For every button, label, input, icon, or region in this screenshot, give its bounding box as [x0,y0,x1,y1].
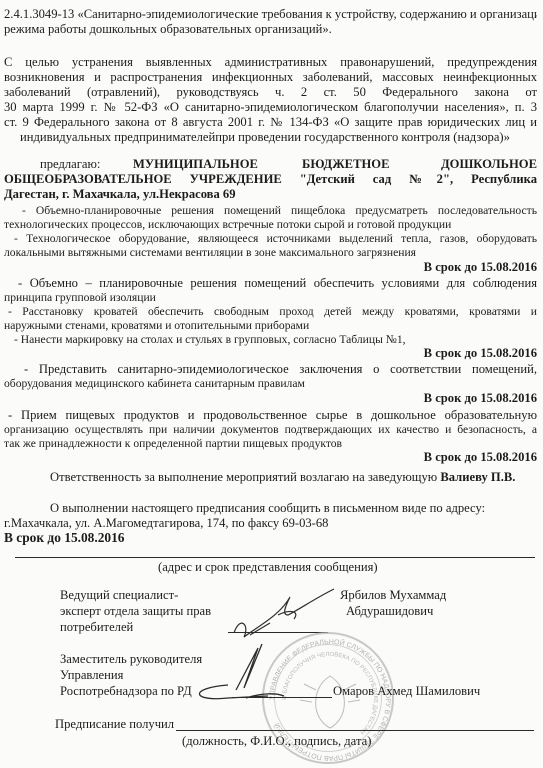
received-line [176,730,534,731]
signatory-name: Ярбилов Мухаммад [340,588,446,603]
received-caption: (должность, Ф.И.О., подпись, дата) [182,734,371,749]
item-line: - Объемно-планировочные решения помещени… [22,204,537,218]
org-word: ДОШКОЛЬНОЕ [441,157,537,172]
intro-line-2: режима работы дошкольных образовательных… [4,22,332,37]
deadline: В срок до 15.08.2016 [424,346,537,361]
signatory-position: Роспотребнадзора по РД [60,684,192,699]
org-line-2: ОБЩЕОБРАЗОВАТЕЛЬНОЕ УЧРЕЖДЕНИЕ "Детский … [4,172,537,187]
preamble-line: индивидуальных предпринимателейпри прове… [20,130,510,145]
report-line-2: г.Махачкала, ул. А.Магомедтагирова, 174,… [4,516,328,531]
signatory-position: эксперт отдела защиты прав [60,604,211,619]
preamble-line: заболеваний (отравлений), руководствуясь… [4,85,537,100]
signatory-name: Омаров Ахмед Шамилович [333,684,480,699]
org-word: МУНИЦИПАЛЬНОЕ [133,157,258,172]
responsible-person: Валиеву П.В. [440,470,515,484]
signatory-position: Заместитель руководителя [60,652,202,667]
item-line: - Объемно – планировочные решения помеще… [18,276,537,291]
responsibility: Ответственность за выполнение мероприяти… [50,470,515,485]
proposal-label: предлагаю: [40,157,100,172]
deadline: В срок до 15.08.2016 [424,260,537,275]
item-line: принципа групповой изоляции [4,291,156,305]
item-line: - Расстановку кроватей обеспечить свобод… [8,305,537,319]
report-line-1: О выполнении настоящего предписания сооб… [50,501,485,516]
deadline: В срок до 15.08.2016 [424,450,537,465]
preamble-line: возникновения и распространения инфекцио… [4,70,537,85]
report-deadline: В срок до 15.08.2016 [4,530,125,546]
preamble-line: С целью устранения выявленных администра… [4,55,537,70]
intro-line-1: 2.4.1.3049-13 «Санитарно-эпидемиологичес… [4,7,537,22]
item-line: так же принадлежности к определенной пар… [4,437,342,451]
address-line [15,557,535,558]
item-line: - Нанести маркировку на столах и стульях… [14,333,406,347]
address-caption: (адрес и срок представления сообщения) [158,560,378,575]
item-line: - Представить санитарно-эпидемиологическ… [24,362,537,377]
org-line-3: Дагестан, г. Махачкала, ул.Некрасова 69 [4,187,236,202]
signature-icon [188,640,298,705]
signatory-position: потребителей [60,620,133,635]
preamble-line: 30 марта 1999 г. № 52-ФЗ «О санитарно-эп… [4,100,537,115]
item-line: локальными вытяжными системами вентиляци… [4,246,416,260]
item-line: оборудования медицинского кабинета санит… [4,377,305,391]
signatory-position: Управления [60,668,123,683]
item-line: технологических процессов, исключающих в… [4,218,451,232]
org-word: БЮДЖЕТНОЕ [302,157,389,172]
responsibility-text: Ответственность за выполнение мероприяти… [50,470,440,484]
signatory-name: Абдурашидович [346,604,433,619]
signatory-position: Ведущий специалист- [60,588,178,603]
item-line: наружными стенами, кроватями и отопитель… [4,319,309,333]
item-line: - Прием пищевых продуктов и продовольств… [8,408,537,423]
item-line: - Технологическое оборудование, являющее… [14,232,537,246]
preamble-line: ст. 9 Федерального закона от 8 августа 2… [4,115,537,130]
item-line: организацию осуществлять при наличии док… [4,423,537,437]
received-label: Предписание получил [55,717,174,732]
deadline: В срок до 15.08.2016 [424,391,537,406]
